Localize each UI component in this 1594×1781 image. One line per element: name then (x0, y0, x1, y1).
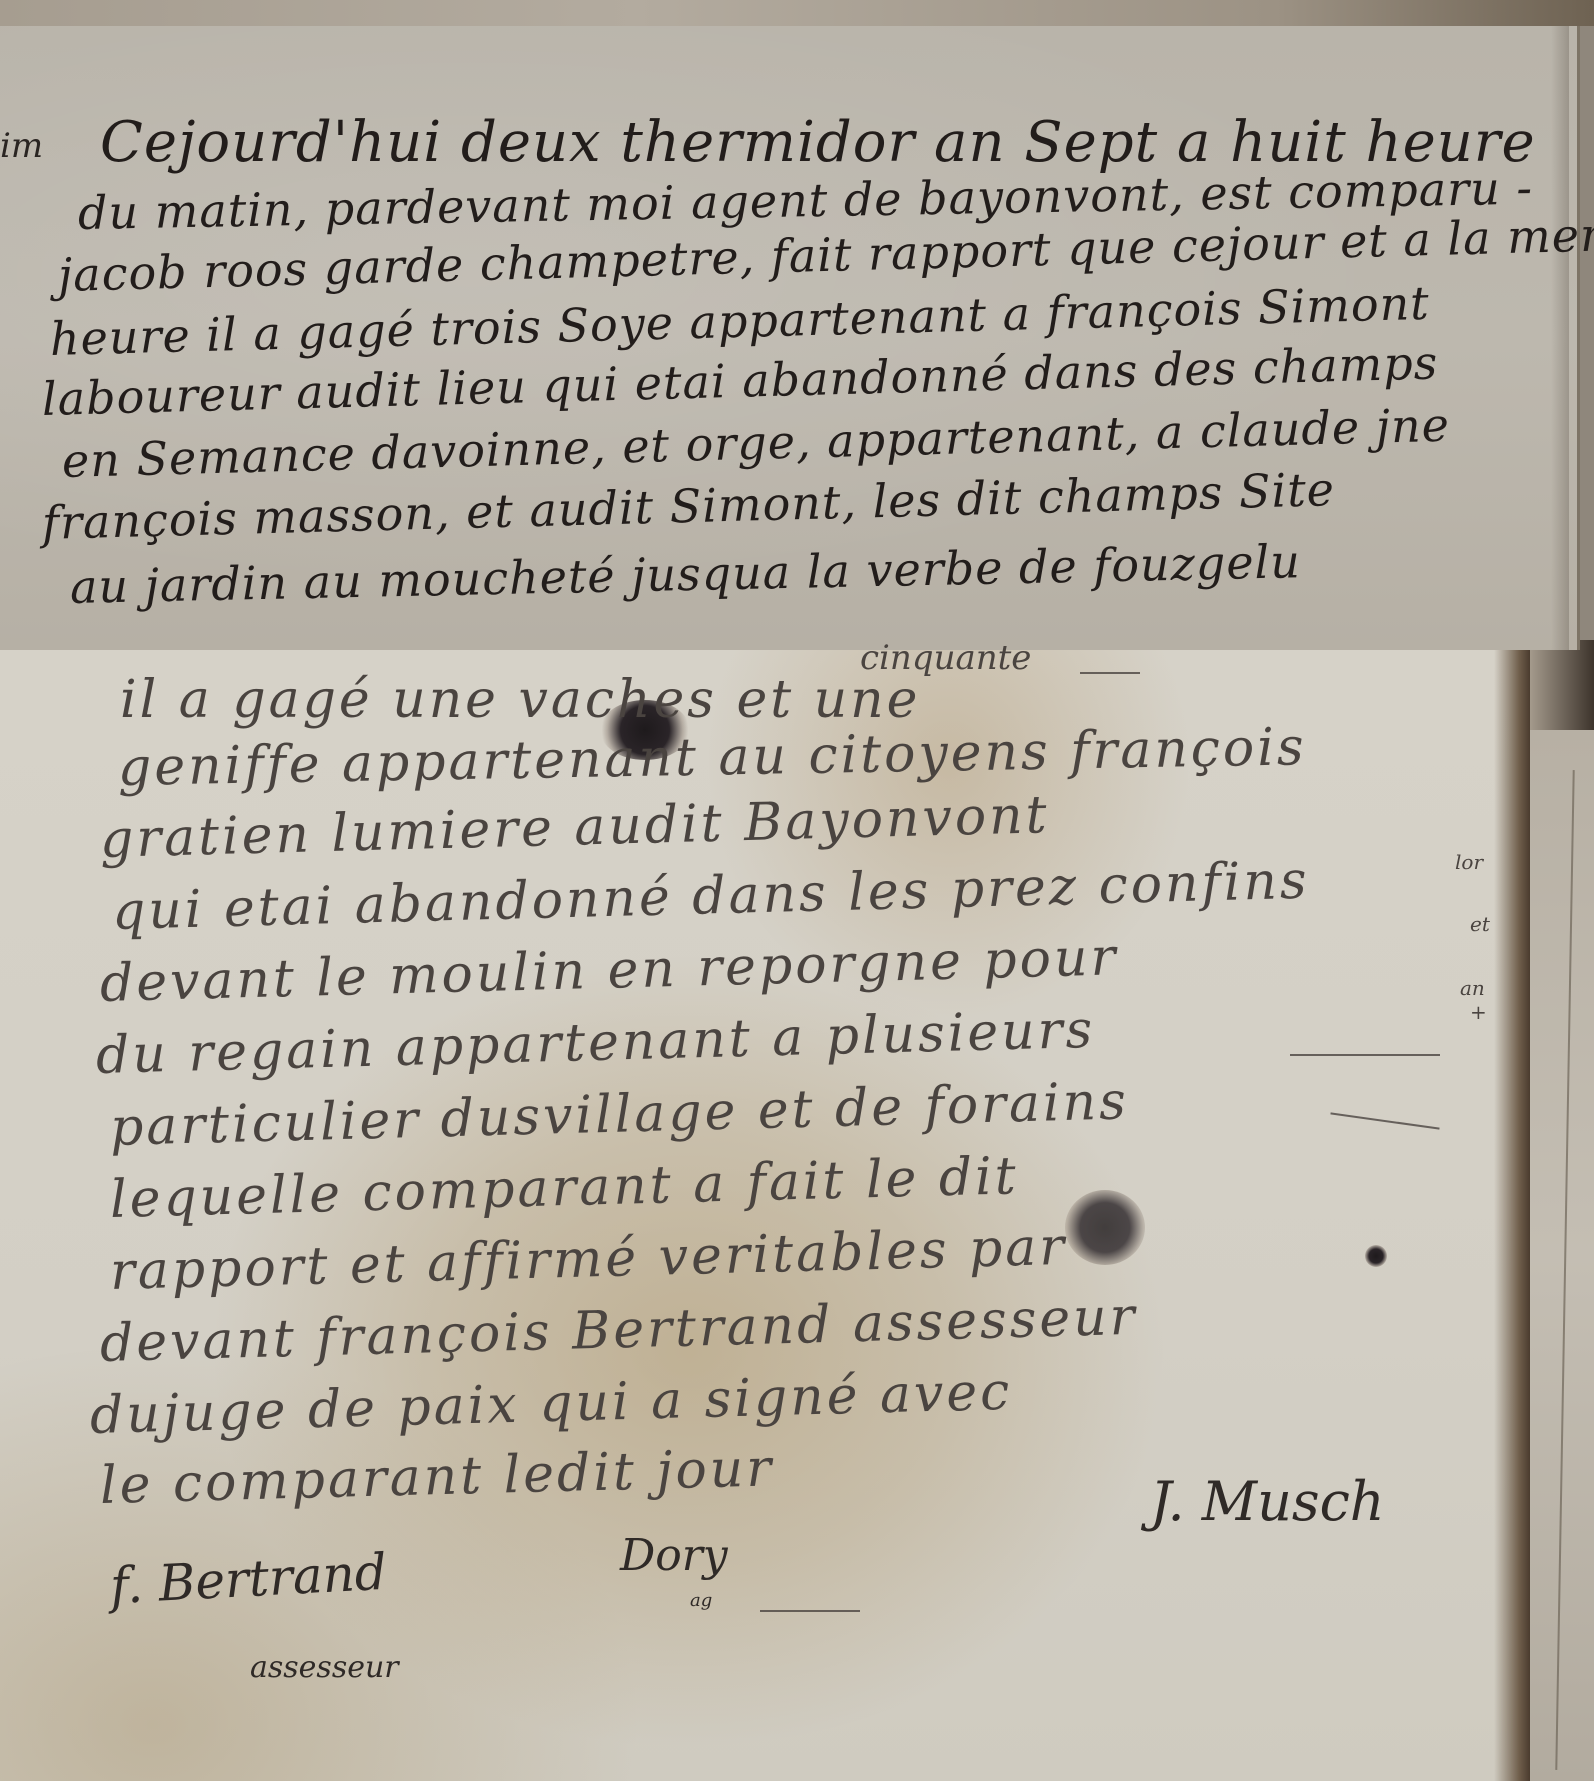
margin-note-right: an (1460, 976, 1485, 1000)
manuscript-text-block-bottom: cinquante il a gagé une vaches et une ge… (0, 650, 1530, 1781)
line-filler-rule (1290, 1054, 1440, 1056)
background-shadow (1530, 640, 1594, 732)
margin-note-right: + (1470, 1000, 1487, 1024)
manuscript-line: particulier dusvillage et de forains (109, 1071, 1129, 1158)
fold-line (1555, 770, 1574, 1770)
manuscript-line: lequelle comparant a fait le dit (109, 1146, 1019, 1230)
manuscript-line: au jardin au moucheté jusqua la verbe de… (69, 534, 1301, 614)
background-surface-right (1530, 730, 1594, 1781)
manuscript-line: le comparant ledit jour (99, 1438, 775, 1516)
signature-dory: Dory (620, 1530, 728, 1581)
background-surface-top (0, 0, 1594, 26)
manuscript-sheet-top: im Cejourd'hui deux thermidor an Sept a … (0, 26, 1580, 650)
manuscript-sheet-bottom: cinquante il a gagé une vaches et une ge… (0, 650, 1530, 1781)
signature-musch: J. Musch (1150, 1470, 1385, 1533)
signature-title-agent: ag (690, 1590, 712, 1611)
line-filler-rule (1330, 1112, 1439, 1129)
margin-note-right: et (1470, 912, 1490, 936)
manuscript-line: rapport et affirmé veritables par (109, 1217, 1068, 1302)
manuscript-text-block-top: im Cejourd'hui deux thermidor an Sept a … (0, 26, 1577, 650)
signature-title-assesseur: assesseur (250, 1650, 399, 1685)
manuscript-line: devant le moulin en reporgne pour (99, 927, 1119, 1014)
manuscript-line: gratien lumiere audit Bayonvont (99, 785, 1050, 870)
insertion-rule (1080, 672, 1140, 674)
manuscript-line: devant françois Bertrand assesseur (99, 1287, 1138, 1374)
margin-fragment-left: im (0, 126, 43, 166)
signature-rule (760, 1610, 860, 1612)
margin-note-right: lor (1455, 850, 1483, 874)
manuscript-line: du regain appartenant a plusieurs (95, 1000, 1096, 1086)
manuscript-line: dujuge de paix qui a signé avec (89, 1362, 1013, 1446)
signature-bertrand: f. Bertrand (109, 1543, 388, 1615)
manuscript-line: il a gagé une vaches et une (120, 670, 920, 730)
